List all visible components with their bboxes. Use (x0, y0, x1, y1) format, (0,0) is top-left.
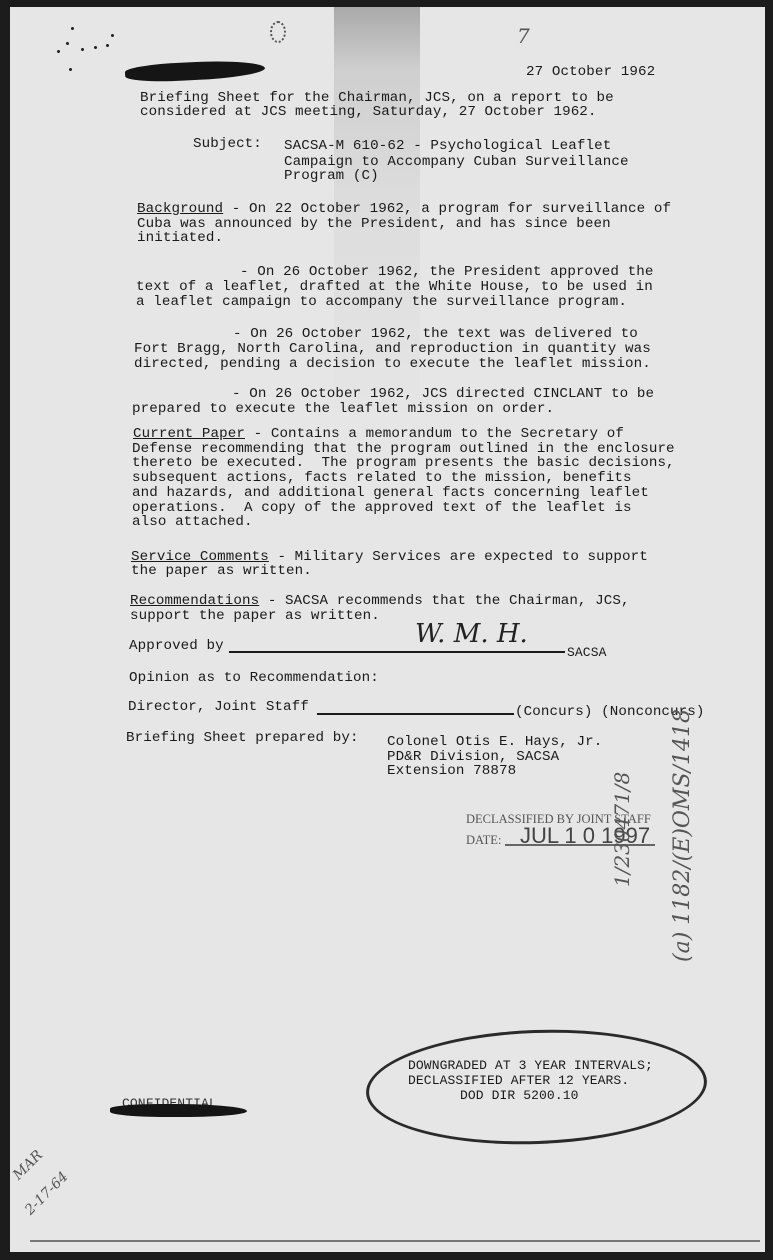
para2-line-1: - On 26 October 1962, the President appr… (240, 266, 653, 279)
redacted-classification-top (125, 58, 266, 83)
scan-dot (106, 44, 109, 47)
current-paper-line-7: also attached. (132, 516, 253, 529)
background-line-3: initiated. (137, 232, 223, 245)
recommendations-line-2: support the paper as written. (130, 610, 380, 623)
para2-line-3: a leaflet campaign to accompany the surv… (136, 296, 627, 309)
opinion-label: Opinion as to Recommendation: (129, 672, 379, 685)
margin-note-inner: 1/230471/8 (610, 772, 634, 887)
scan-dot (66, 42, 69, 45)
director-signature-line (317, 713, 514, 715)
prepared-by-line-3: Extension 78878 (387, 765, 516, 778)
subject-line-1: SACSA-M 610-62 - Psychological Leaflet (284, 140, 611, 153)
prepared-by-line-1: Colonel Otis E. Hays, Jr. (387, 736, 602, 749)
margin-note-bottom-left-1: MAR (10, 1147, 46, 1183)
document-date: 27 October 1962 (526, 66, 655, 79)
margin-note-bottom-left-2: 2-17-64 (22, 1169, 71, 1218)
current-paper-line-4: subsequent actions, facts related to the… (132, 472, 632, 485)
document-page: 7 27 October 1962 Briefing Sheet for the… (10, 7, 765, 1252)
redacted-classification-bottom (110, 1104, 247, 1117)
subject-line-3: Program (C) (284, 170, 379, 183)
approved-by-suffix: SACSA (567, 646, 607, 659)
background-paragraph: Background - On 22 October 1962, a progr… (137, 203, 671, 216)
para3-line-3: directed, pending a decision to execute … (134, 358, 651, 371)
para4-line-2: prepared to execute the leaflet mission … (132, 403, 554, 416)
para4-line-1: - On 26 October 1962, JCS directed CINCL… (232, 388, 654, 401)
para2-line-2: text of a leaflet, drafted at the White … (136, 281, 653, 294)
scan-dot (94, 46, 97, 49)
approved-signature: W. M. H. (415, 619, 528, 649)
recommendations-paragraph: Recommendations - SACSA recommends that … (130, 595, 630, 608)
para3-line-2: Fort Bragg, North Carolina, and reproduc… (134, 343, 651, 356)
background-heading: Background (137, 201, 223, 217)
circle-mark (270, 21, 286, 43)
declass-stamp-date-label: DATE: (466, 833, 501, 848)
current-paper-line-5: and hazards, and additional general fact… (132, 487, 649, 500)
approved-by-label: Approved by (129, 640, 224, 653)
recommendations-heading: Recommendations (130, 593, 259, 609)
header-line-2: considered at JCS meeting, Saturday, 27 … (140, 106, 597, 119)
para3-line-1: - On 26 October 1962, the text was deliv… (233, 328, 638, 341)
scan-dot (71, 27, 74, 30)
scan-dot (111, 34, 114, 37)
page-number-mark: 7 (517, 24, 530, 48)
downgrade-line-2: DECLASSIFIED AFTER 12 YEARS. (408, 1074, 629, 1087)
approved-by-signature-line (229, 651, 565, 653)
scan-dot (81, 48, 84, 51)
service-comments-line-2: the paper as written. (131, 565, 312, 578)
downgrade-line-3: DOD DIR 5200.10 (460, 1089, 579, 1102)
director-label: Director, Joint Staff (128, 701, 309, 714)
scan-dot (57, 50, 60, 53)
prepared-by-label: Briefing Sheet prepared by: (126, 732, 359, 745)
bottom-scan-rule (30, 1240, 760, 1242)
subject-label: Subject: (193, 138, 262, 151)
downgrade-line-1: DOWNGRADED AT 3 YEAR INTERVALS; (408, 1059, 653, 1072)
current-paper-heading: Current Paper (133, 426, 245, 442)
current-paper-line-3: thereto be executed. The program present… (132, 457, 675, 470)
margin-note-outer: (a) 1182/(E)OMS/1418 (670, 709, 695, 962)
current-paper-paragraph: Current Paper - Contains a memorandum to… (133, 428, 624, 441)
scan-dot (69, 68, 72, 71)
